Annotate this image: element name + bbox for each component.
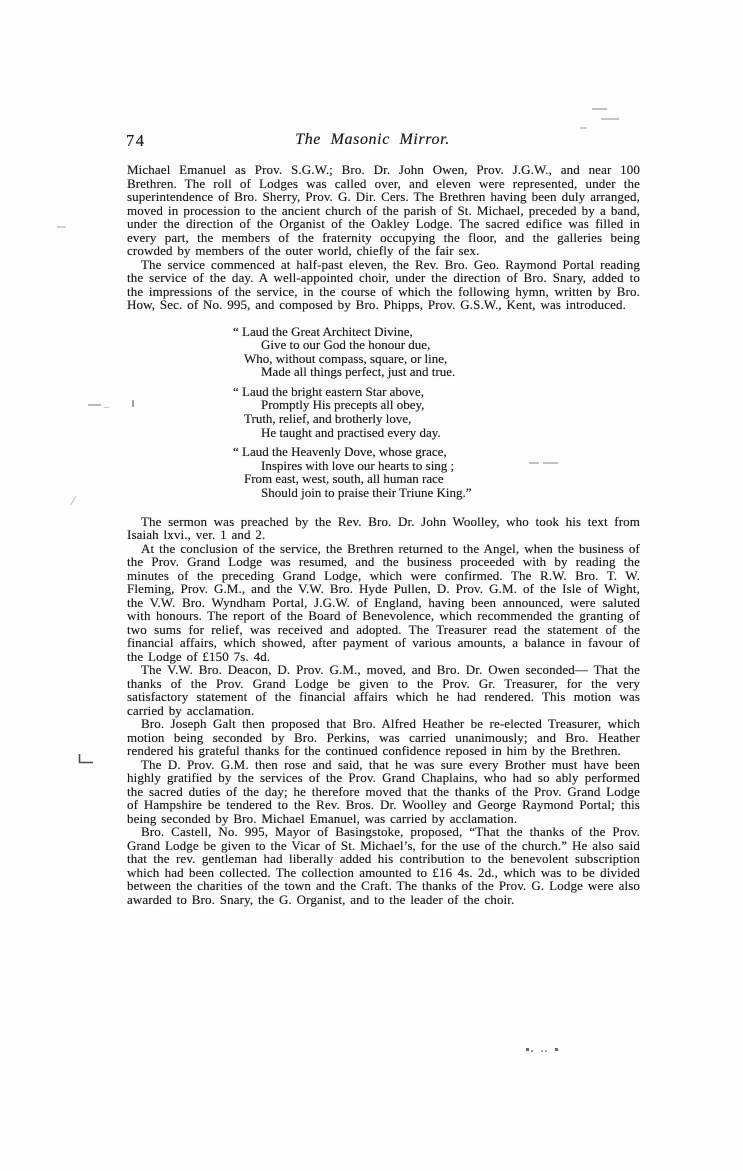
scanned-page: 74 The Masonic Mirror. Michael Emanuel a… <box>0 0 743 1171</box>
hymn-stanza: “ Laud the Great Architect Divine, Give … <box>244 325 640 379</box>
scan-artifact-dot <box>545 1050 547 1052</box>
scan-artifact-dash <box>88 404 101 406</box>
hymn-line: Made all things perfect, just and true. <box>261 365 640 379</box>
scan-artifact-dash <box>57 226 66 228</box>
publication-title: The Masonic Mirror. <box>116 131 629 149</box>
hymn-line: “ Laud the bright eastern Star above, <box>233 385 640 399</box>
body-paragraph: The V.W. Bro. Deacon, D. Prov. G.M., mov… <box>127 663 640 717</box>
hymn-line: Inspires with love our hearts to sing ; <box>261 459 640 473</box>
hymn-stanza: “ Laud the bright eastern Star above, Pr… <box>244 385 640 439</box>
hymn-line: Who, without compass, square, or line, <box>244 352 640 366</box>
body-paragraph: The service commenced at half-past eleve… <box>127 258 640 312</box>
body-paragraph: Bro. Castell, No. 995, Mayor of Basingst… <box>127 825 640 906</box>
hymn-line: “ Laud the Heavenly Dove, whose grace, <box>233 445 640 459</box>
body-paragraph: Michael Emanuel as Prov. S.G.W.; Bro. Dr… <box>127 163 640 258</box>
hymn-line: Promptly His precepts all obey, <box>261 398 640 412</box>
hymn-line: Should join to praise their Triune King.… <box>261 486 640 500</box>
page-header: 74 The Masonic Mirror. <box>127 131 640 163</box>
body-paragraph: At the conclusion of the service, the Br… <box>127 542 640 664</box>
article-body: Michael Emanuel as Prov. S.G.W.; Bro. Dr… <box>127 163 640 906</box>
body-paragraph: Bro. Joseph Galt then proposed that Bro.… <box>127 717 640 758</box>
scan-artifact-dot <box>541 1050 543 1052</box>
scan-artifact-dash <box>104 407 109 408</box>
scan-artifact-dash <box>592 108 607 110</box>
body-paragraph: The D. Prov. G.M. then rose and said, th… <box>127 758 640 826</box>
text-block: 74 The Masonic Mirror. Michael Emanuel a… <box>127 131 640 906</box>
hymn-stanza: “ Laud the Heavenly Dove, whose grace, I… <box>244 445 640 499</box>
scan-artifact-slash <box>70 496 77 506</box>
hymn-line: Give to our God the honour due, <box>261 338 640 352</box>
scan-artifact-tick <box>132 400 134 407</box>
hymn-block: “ Laud the Great Architect Divine, Give … <box>244 325 640 500</box>
hymn-line: “ Laud the Great Architect Divine, <box>233 325 640 339</box>
scan-artifact-dot <box>531 1050 533 1052</box>
scan-artifact-dash <box>580 127 587 129</box>
hymn-line: Truth, relief, and brotherly love, <box>244 412 640 426</box>
scan-artifact-dot <box>526 1048 529 1051</box>
scan-artifact-dash <box>543 462 558 464</box>
scan-artifact-dash <box>601 118 619 120</box>
scan-artifact-margin-bracket <box>76 753 94 767</box>
scan-artifact-dash <box>529 462 539 464</box>
body-paragraph: The sermon was preached by the Rev. Bro.… <box>127 515 640 542</box>
hymn-line: From east, west, south, all human race <box>244 472 640 486</box>
hymn-line: He taught and practised every day. <box>261 426 640 440</box>
scan-artifact-dot <box>555 1048 558 1051</box>
